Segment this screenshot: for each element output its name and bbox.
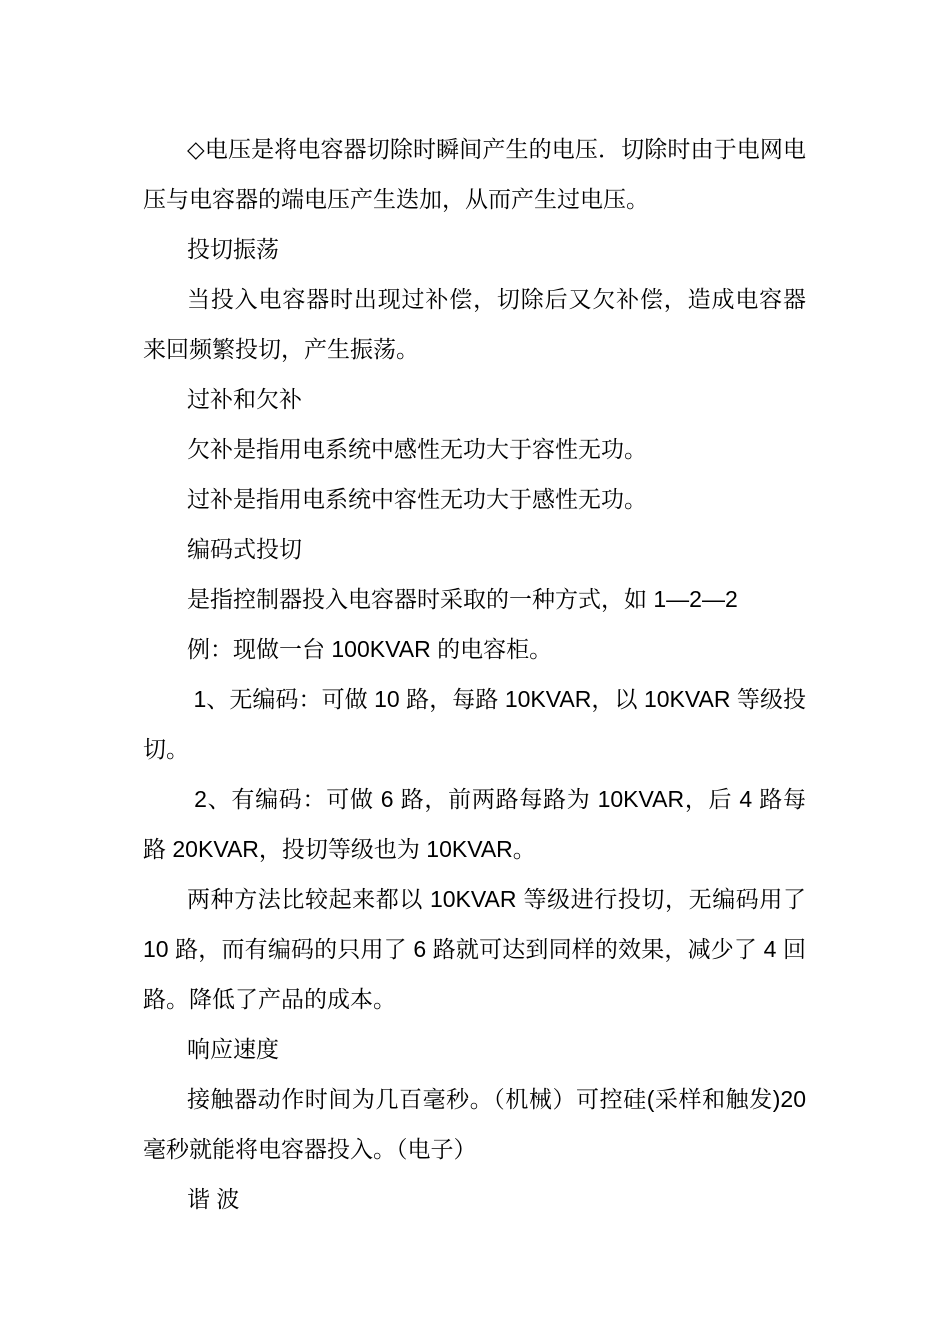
heading-response-speed: 响应速度: [143, 1024, 806, 1074]
heading-switching-oscillation: 投切振荡: [143, 224, 806, 274]
paragraph-over-compensation: 过补是指用电系统中容性无功大于感性无功。: [143, 474, 806, 524]
paragraph-comparison: 两种方法比较起来都以 10KVAR 等级进行投切，无编码用了 10 路，而有编码…: [143, 874, 806, 1024]
paragraph-oscillation-desc: 当投入电容器时出现过补偿，切除后又欠补偿，造成电容器来回频繁投切，产生振荡。: [143, 274, 806, 374]
heading-over-under-compensation: 过补和欠补: [143, 374, 806, 424]
document-body: ◇电压是将电容器切除时瞬间产生的电压．切除时由于电网电压与电容器的端电压产生迭加…: [143, 124, 806, 1224]
paragraph-overvoltage: ◇电压是将电容器切除时瞬间产生的电压．切除时由于电网电压与电容器的端电压产生迭加…: [143, 124, 806, 224]
document-page: ◇电压是将电容器切除时瞬间产生的电压．切除时由于电网电压与电容器的端电压产生迭加…: [0, 0, 950, 1344]
paragraph-example-intro: 例：现做一台 100KVAR 的电容柜。: [143, 624, 806, 674]
paragraph-example-uncoded: 1、无编码：可做 10 路，每路 10KVAR，以 10KVAR 等级投切。: [143, 674, 806, 774]
paragraph-coded-switching-desc: 是指控制器投入电容器时采取的一种方式，如 1—2—2: [143, 574, 806, 624]
paragraph-example-coded: 2、有编码：可做 6 路，前两路每路为 10KVAR，后 4 路每路 20KVA…: [143, 774, 806, 874]
heading-coded-switching: 编码式投切: [143, 524, 806, 574]
heading-harmonics: 谐 波: [143, 1174, 806, 1224]
paragraph-under-compensation: 欠补是指用电系统中感性无功大于容性无功。: [143, 424, 806, 474]
paragraph-response-speed-desc: 接触器动作时间为几百毫秒。（机械）可控硅(采样和触发)20 毫秒就能将电容器投入…: [143, 1074, 806, 1174]
